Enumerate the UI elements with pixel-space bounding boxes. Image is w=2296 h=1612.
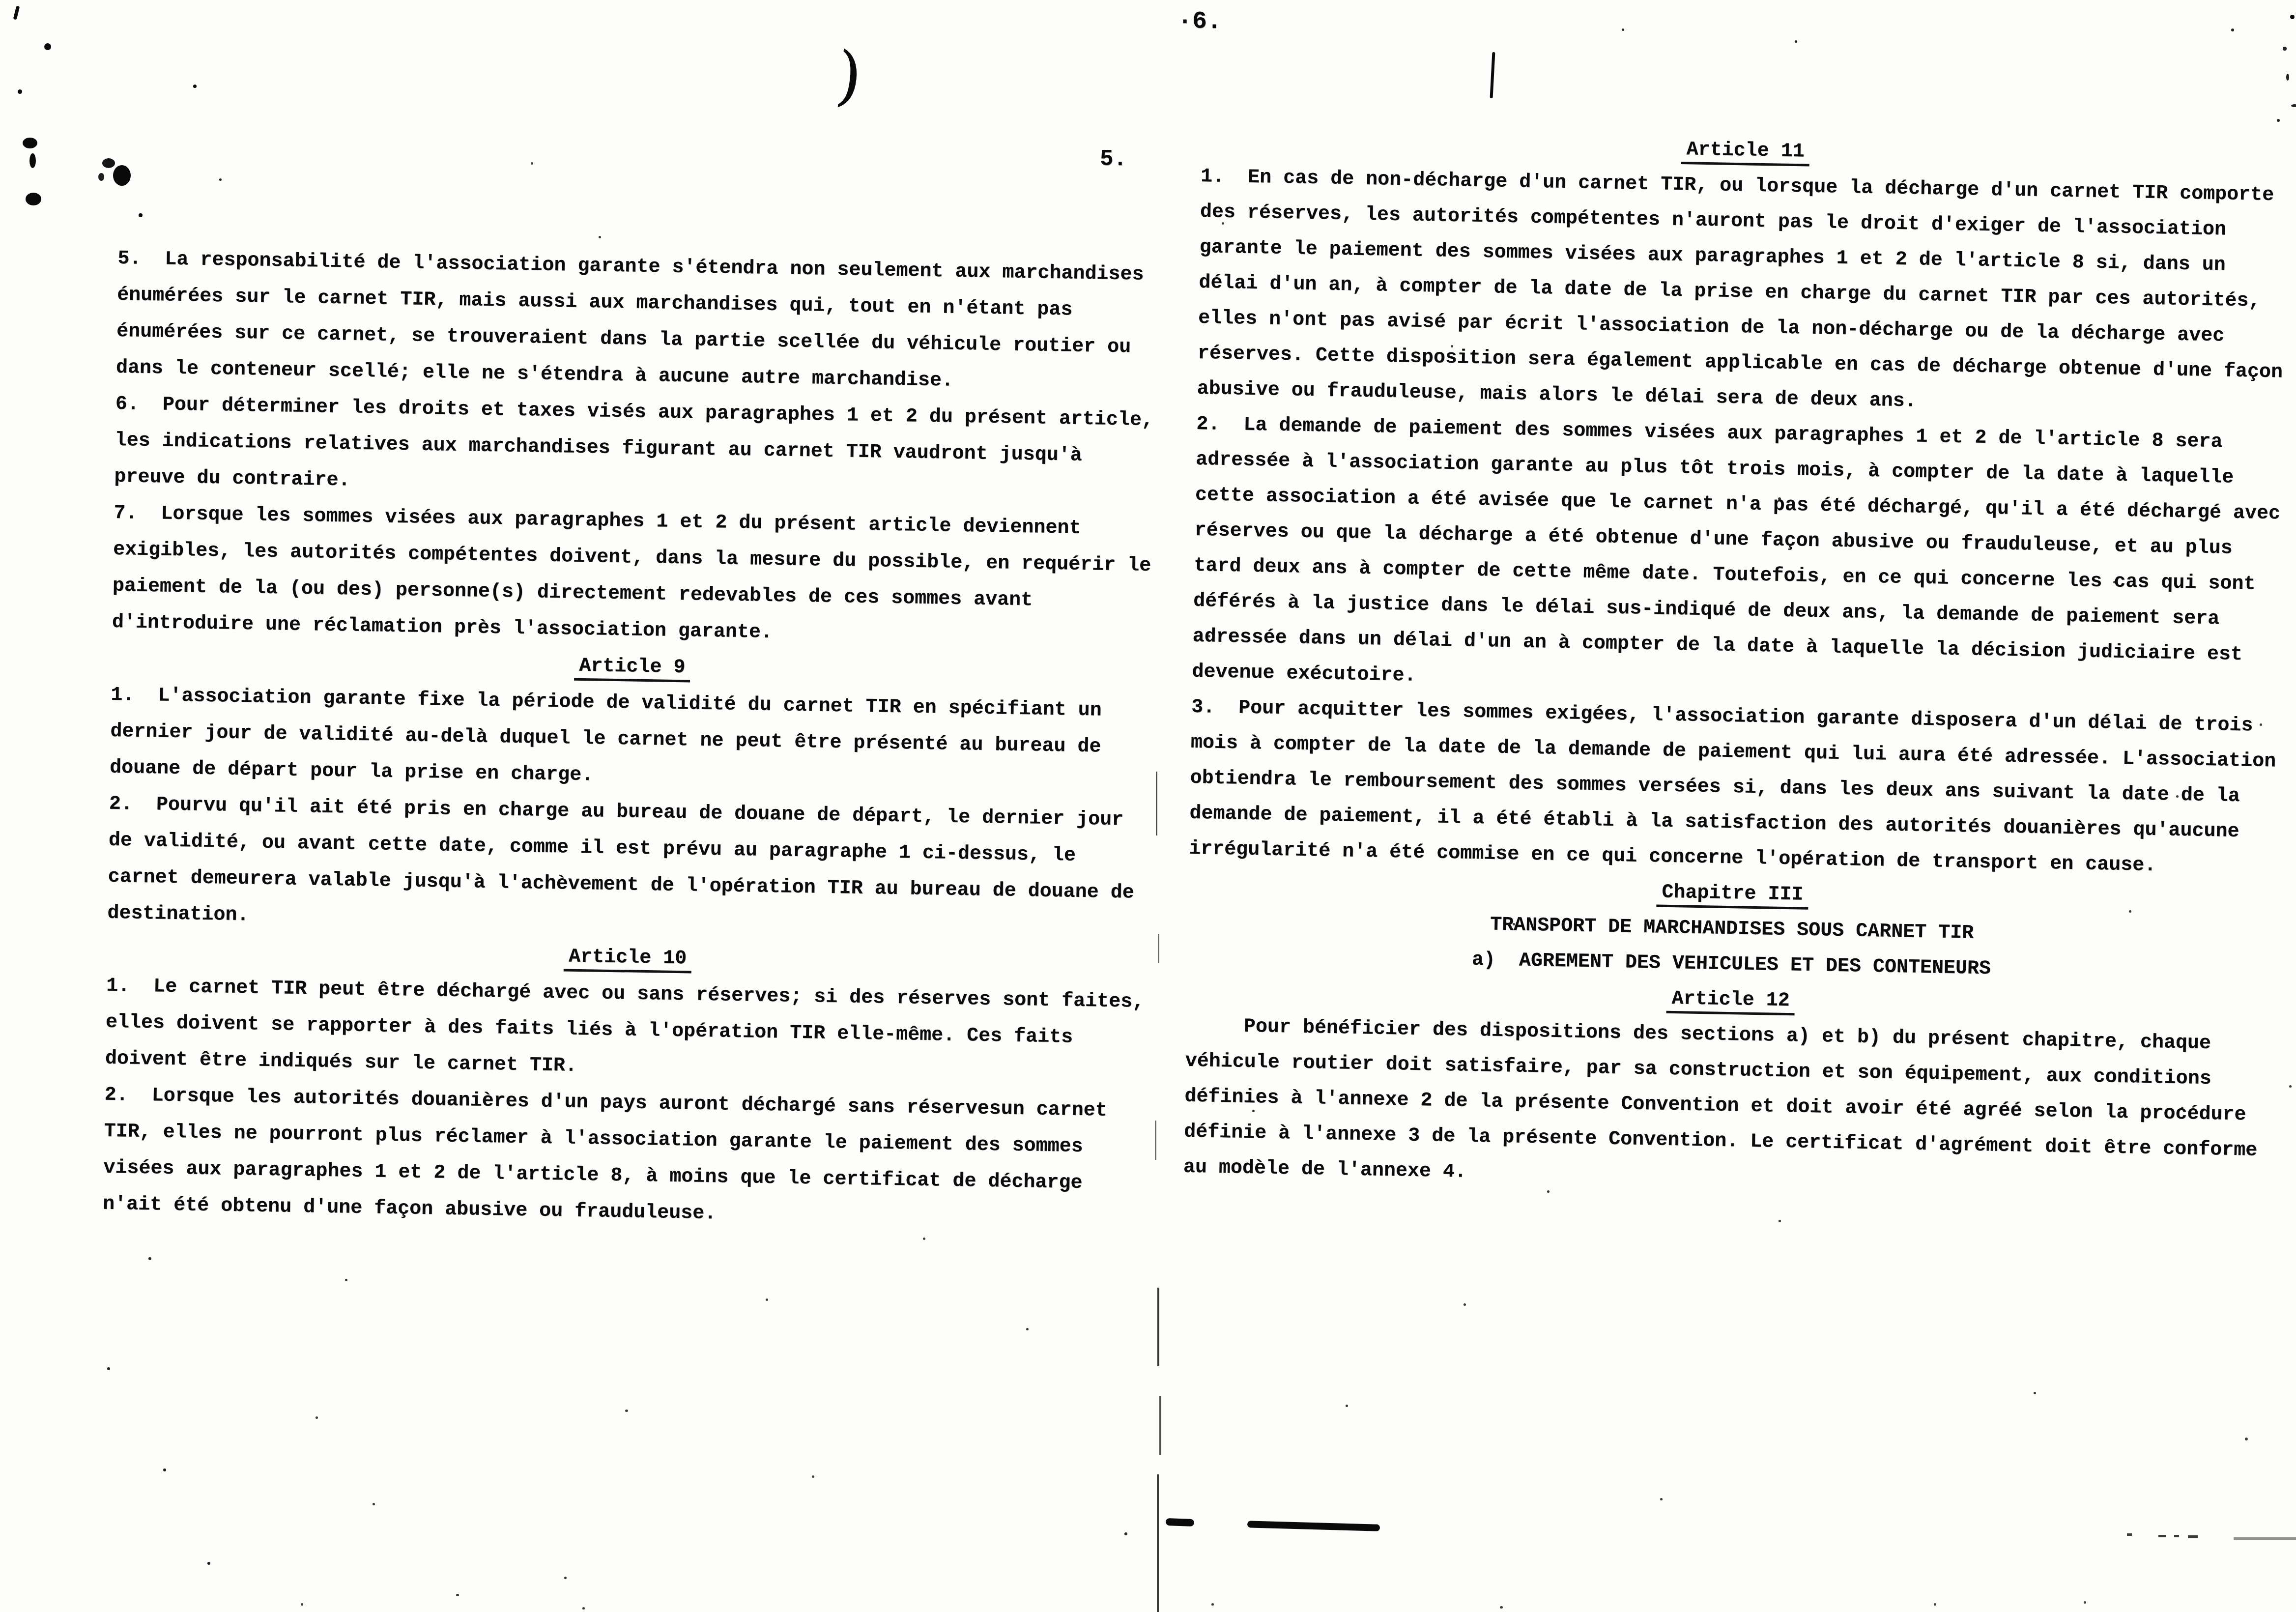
article-10-paragraph-2: 2. Lorsque les autorités douanières d'un… xyxy=(103,1077,1147,1239)
gutter-fold-segment xyxy=(1159,1396,1161,1455)
ink-speck xyxy=(1500,1606,1503,1609)
gutter-fold-segment xyxy=(1156,772,1157,835)
ink-speck xyxy=(2277,119,2280,122)
ink-speck xyxy=(1451,345,1453,347)
ink-speck xyxy=(1778,497,1781,500)
page-right-text: Article 11 1. En cas de non-décharge d'u… xyxy=(1183,124,2290,1204)
ink-speck xyxy=(1464,1303,1466,1306)
ink-speck xyxy=(2176,795,2179,798)
ink-speck xyxy=(2291,104,2296,107)
stray-vertical-mark xyxy=(1490,52,1495,98)
ink-speck xyxy=(531,162,533,165)
ink-speck xyxy=(139,213,143,217)
ink-speck xyxy=(301,1603,303,1606)
faint-dash xyxy=(2174,1535,2179,1537)
faint-dash xyxy=(2234,1537,2296,1540)
ink-speck xyxy=(1622,29,1624,31)
ink-speck xyxy=(2245,1438,2248,1440)
ink-speck xyxy=(1026,1328,1029,1330)
article-10-paragraph-1: 1. Le carnet TIR peut être déchargé avec… xyxy=(105,968,1148,1094)
ink-speck xyxy=(1222,222,1224,225)
ink-speck xyxy=(1346,1405,1348,1407)
ink-speck xyxy=(29,153,36,168)
page-left-text: 5. La responsabilité de l'association ga… xyxy=(103,241,1160,1239)
page-number-right: ·6. xyxy=(1177,8,1222,36)
article-10-heading: Article 10 xyxy=(564,946,692,973)
ink-speck xyxy=(1795,40,1797,43)
ink-speck xyxy=(923,1238,925,1240)
corner-tick-mark xyxy=(13,6,20,20)
ink-speck xyxy=(456,1594,459,1596)
ink-speck xyxy=(564,1577,567,1579)
ink-speck xyxy=(1660,1498,1663,1500)
article-12-heading: Article 12 xyxy=(1666,988,1795,1016)
ink-speck xyxy=(345,1279,347,1281)
article-11-heading: Article 11 xyxy=(1681,139,1809,167)
ink-speck xyxy=(18,89,22,94)
ink-speck xyxy=(219,178,222,181)
ink-speck xyxy=(1934,1603,1936,1606)
ink-speck xyxy=(766,1298,768,1301)
ink-speck xyxy=(2289,1085,2292,1088)
page-number-left: 5. xyxy=(1100,146,1127,172)
ink-speck xyxy=(1211,1603,1214,1606)
faint-dash xyxy=(2127,1533,2132,1536)
ink-speck xyxy=(44,43,51,50)
paragraph-5: 5. La responsabilité de l'association ga… xyxy=(115,241,1159,403)
ink-speck xyxy=(2084,1601,2086,1604)
ink-speck xyxy=(1547,1190,1550,1193)
ink-speck xyxy=(2290,15,2295,19)
gutter-fold-segment xyxy=(1158,934,1159,963)
ink-speck xyxy=(2260,723,2262,726)
article-11-paragraph-3: 3. Pour acquitter les sommes exigées, l'… xyxy=(1189,690,2280,886)
ink-speck xyxy=(812,1475,814,1478)
chapter-3-heading: Chapitre III xyxy=(1657,881,1808,909)
gutter-fold-segment xyxy=(1155,1121,1156,1160)
paragraph-7: 7. Lorsque les sommes visées aux paragra… xyxy=(112,495,1155,657)
paragraph-6: 6. Pour déterminer les droits et taxes v… xyxy=(114,386,1157,512)
ink-speck xyxy=(2231,29,2234,31)
article-9-paragraph-1: 1. L'association garante fixe la période… xyxy=(110,677,1153,803)
article-11-paragraph-2: 2. La demande de paiement des sommes vis… xyxy=(1192,407,2285,709)
faint-dash xyxy=(2158,1535,2166,1537)
ink-speck xyxy=(102,158,115,168)
ink-speck xyxy=(2283,47,2287,51)
ink-smudge-dash xyxy=(1166,1518,1194,1526)
ink-speck xyxy=(2113,581,2116,583)
article-9-heading: Article 9 xyxy=(574,655,690,683)
ink-speck xyxy=(193,85,197,88)
ink-speck xyxy=(107,1367,110,1370)
ink-speck xyxy=(2034,1392,2036,1394)
article-12-paragraph: Pour bénéficier des dispositions des sec… xyxy=(1183,1008,2274,1205)
ink-speck xyxy=(2181,1107,2183,1109)
scanned-document: 5. ·6. 5. La responsabilité de l'associa… xyxy=(0,0,2296,1612)
ink-speck xyxy=(207,1562,210,1565)
ink-speck xyxy=(148,1257,151,1260)
ink-speck xyxy=(2201,443,2204,446)
gutter-fold-segment xyxy=(1157,1474,1159,1612)
ink-speck xyxy=(1124,1532,1127,1535)
ink-speck xyxy=(2286,74,2289,81)
ink-speck xyxy=(113,165,131,186)
article-11-paragraph-1: 1. En cas de non-décharge d'un carnet TI… xyxy=(1197,159,2289,426)
ink-speck xyxy=(163,1468,166,1471)
ink-speck xyxy=(1779,1220,1781,1222)
ink-speck xyxy=(26,193,41,205)
ink-speck xyxy=(582,1607,585,1610)
article-9-paragraph-2: 2. Pourvu qu'il ait été pris en charge a… xyxy=(107,786,1151,948)
faint-dash xyxy=(2188,1535,2198,1538)
ink-speck xyxy=(23,138,37,148)
gutter-fold-segment xyxy=(1157,1288,1159,1366)
ink-speck xyxy=(1252,1110,1255,1112)
ink-speck xyxy=(1513,923,1515,925)
stray-paren-mark: ) xyxy=(832,37,865,115)
ink-speck xyxy=(2129,910,2131,913)
ink-speck xyxy=(316,1416,318,1419)
ink-speck xyxy=(625,1410,628,1412)
ink-speck xyxy=(599,236,601,238)
ink-speck xyxy=(98,173,104,181)
ink-speck xyxy=(1208,635,1210,637)
ink-speck xyxy=(373,1503,375,1505)
ink-smudge-line xyxy=(1247,1521,1380,1531)
